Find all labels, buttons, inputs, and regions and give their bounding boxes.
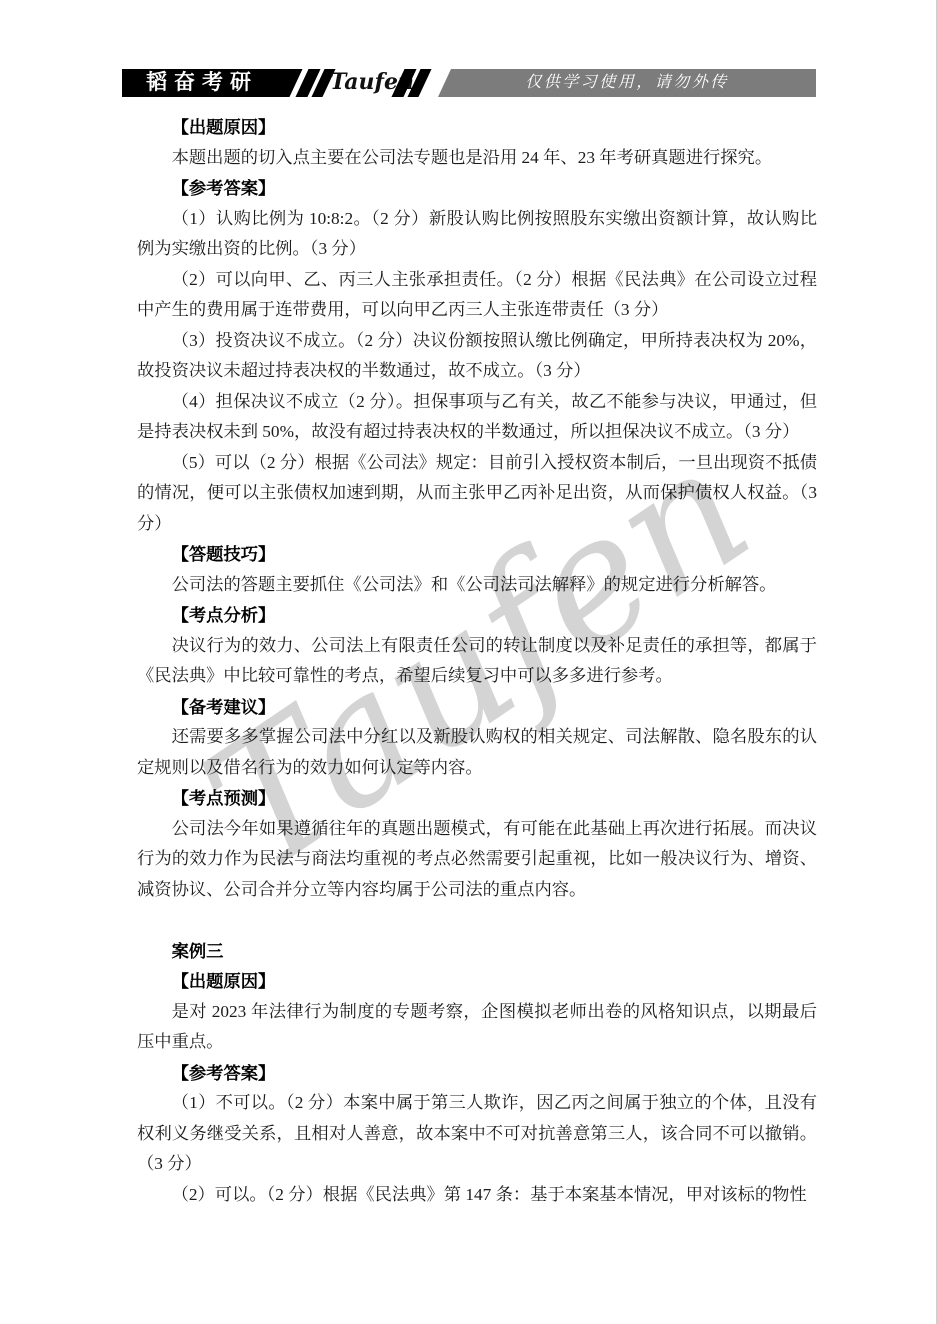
paragraph: （1）认购比例为 10:8:2。（2 分）新股认购比例按照股东实缴出资额计算，故… (137, 204, 817, 265)
section-heading: 【备考建议】 (137, 692, 817, 723)
paragraph: （4）担保决议不成立（2 分）。担保事项与乙有关，故乙不能参与决议，甲通过，但是… (137, 387, 817, 448)
paragraph: 本题出题的切入点主要在公司法专题也是沿用 24 年、23 年考研真题进行探究。 (137, 143, 817, 174)
paragraph: （1）不可以。（2 分）本案中属于第三人欺诈，因乙丙之间属于独立的个体，且没有权… (137, 1088, 817, 1180)
section-heading: 【考点预测】 (137, 783, 817, 814)
document-content: 【出题原因】本题出题的切入点主要在公司法专题也是沿用 24 年、23 年考研真题… (137, 112, 817, 1210)
document-page: 韬奋考研 Taufen 仅供学习使用，请勿外传 Taufen 【出题原因】本题出… (0, 0, 938, 1324)
paragraph: 公司法的答题主要抓住《公司法》和《公司法司法解释》的规定进行分析解答。 (137, 570, 817, 601)
paragraph: （3）投资决议不成立。（2 分）决议份额按照认缴比例确定，甲所持表决权为 20%… (137, 326, 817, 387)
logo-text-en: Taufen (330, 69, 402, 97)
paragraph-spacer (137, 905, 817, 936)
logo-text-cn: 韬奋考研 (146, 71, 258, 94)
header-banner: 韬奋考研 Taufen 仅供学习使用，请勿外传 (122, 69, 816, 97)
paragraph: （2）可以。（2 分）根据《民法典》第 147 条：基于本案基本情况，甲对该标的… (137, 1180, 817, 1211)
paragraph: 决议行为的效力、公司法上有限责任公司的转让制度以及补足责任的承担等，都属于《民法… (137, 631, 817, 692)
section-heading: 【考点分析】 (137, 600, 817, 631)
paragraph: 还需要多多掌握公司法中分红以及新股认购权的相关规定、司法解散、隐名股东的认定规则… (137, 722, 817, 783)
case-title: 案例三 (137, 936, 817, 967)
notice-text: 仅供学习使用，请勿外传 (525, 74, 729, 91)
section-heading: 【出题原因】 (137, 112, 817, 143)
section-heading: 【参考答案】 (137, 1058, 817, 1089)
section-heading: 【参考答案】 (137, 173, 817, 204)
notice-bar: 仅供学习使用，请勿外传 (438, 69, 816, 97)
logo-box: 韬奋考研 (122, 69, 282, 97)
paragraph: （5）可以（2 分）根据《公司法》规定：目前引入授权资本制后，一旦出现资不抵债的… (137, 448, 817, 540)
section-heading: 【答题技巧】 (137, 539, 817, 570)
section-heading: 【出题原因】 (137, 966, 817, 997)
paragraph: 公司法今年如果遵循往年的真题出题模式，有可能在此基础上再次进行拓展。而决议行为的… (137, 814, 817, 906)
paragraph: （2）可以向甲、乙、丙三人主张承担责任。（2 分）根据《民法典》在公司设立过程中… (137, 265, 817, 326)
paragraph: 是对 2023 年法律行为制度的专题考察，企图模拟老师出卷的风格知识点，以期最后… (137, 997, 817, 1058)
